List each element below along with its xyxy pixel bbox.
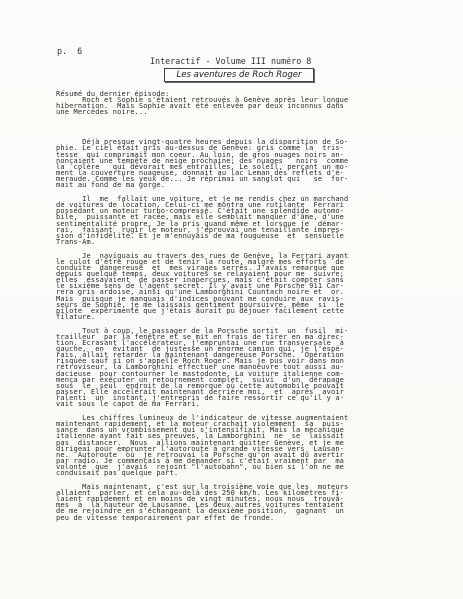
- paragraph: Les chiffres lumineux de l'indicateur de…: [56, 415, 386, 476]
- article-body: Résumé du dernier épisode: Roch et Sophi…: [56, 91, 386, 529]
- story-title: Les aventures de Roch Roger: [164, 68, 314, 82]
- publication-title: Interactif - Volume III numéro 8: [150, 56, 311, 66]
- text-line: conduisait pas quelque part.: [56, 470, 386, 476]
- paragraph: Déjà presque vingt-quatre heures depuis …: [56, 139, 386, 188]
- text-line: Trans-Am.: [56, 239, 386, 245]
- text-line: peu de vitesse temporairement par effet …: [56, 515, 386, 521]
- paragraph: Je naviguais au travers des rues de Genè…: [56, 253, 386, 320]
- paragraph: Mais maintenant, c'est sur la troisième …: [56, 484, 386, 521]
- document-page: p. 6 Interactif - Volume III numéro 8 Le…: [0, 0, 463, 599]
- text-line: mait au fond de ma gorge.: [56, 182, 386, 188]
- paragraph-summary: Roch et Sophie s'étaient retrouvés à Gen…: [56, 97, 386, 115]
- text-line: filature.: [56, 314, 386, 320]
- page-number: p. 6: [57, 46, 82, 56]
- spacer: [56, 123, 386, 139]
- paragraph: Il me fallait une voiture, et je me rend…: [56, 196, 386, 245]
- text-line: sion d'infidélité. Et je m'ennuyais de m…: [56, 233, 386, 239]
- text-line: une Mercédes noire...: [56, 109, 386, 115]
- text-line: pilote expérimenté que j'étais aurait pu…: [56, 308, 386, 314]
- text-line: vait sous le capot de ma Ferrari.: [56, 401, 386, 407]
- paragraph: Tout à coup, le passager de la Porsche s…: [56, 328, 386, 407]
